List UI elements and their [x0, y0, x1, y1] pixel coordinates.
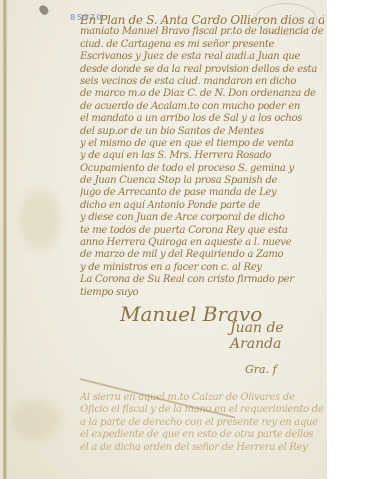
text-line: el mandato a un arribo los de Sal y a lo… [80, 113, 324, 125]
manuscript-page: 85370 En Plan de S. Anta Cardo Ollieron … [0, 0, 327, 479]
paper-stain [20, 190, 60, 250]
text-line: y diese con Juan de Arce corporal de dic… [80, 212, 324, 224]
secondary-text-block: Al sierra en aquel m.to Calzar de Olivar… [80, 392, 324, 454]
text-line: jugo de Arrecanto de pase manda de Ley [80, 187, 324, 199]
binding-shadow [3, 0, 7, 479]
ink-blot [38, 4, 50, 17]
text-line: Ocupamiento de todo el proceso S. gemina… [80, 163, 324, 175]
text-line: anno Herrera Quiroga en aqueste a l. nue… [80, 237, 324, 249]
text-line: La Corona de Su Real con cristo firmado … [80, 274, 324, 286]
text-line: tiempo suyo [80, 287, 324, 299]
text-line: te me todos de puerta Corona Rey que est… [80, 225, 324, 237]
text-line: seis vecinos de esta ciud. mandaron en d… [80, 76, 324, 88]
main-text-block: En Plan de S. Anta Cardo Ollieron dios a… [80, 14, 324, 299]
text-line: Escrivanos y Juez de esta real audi.a Ju… [80, 51, 324, 63]
text-line: maniato Manuel Bravo fiscal pr.to de lau… [80, 26, 324, 38]
text-line: de acuerdo de Acalam.to con mucho poder … [80, 101, 324, 113]
text-line: Oficio el fiscal y de la mano en el requ… [80, 404, 324, 416]
text-line: desde donde se da la real provision dell… [80, 64, 324, 76]
text-line: dicho en aquí Antonio Ponde parte de [80, 200, 324, 212]
text-line: Al sierra en aquel m.to Calzar de Olivar… [80, 392, 324, 404]
text-line: de marco m.o de Diaz C. de N. Don ordena… [80, 88, 324, 100]
folio-mark: Gra. f [245, 363, 277, 376]
text-line: y de aquí en las S. Mrs. Herrera Rosado [80, 150, 324, 162]
text-line: el expediente de que en esto de otra par… [80, 429, 324, 441]
text-line: En Plan de S. Anta Cardo Ollieron dios a… [80, 14, 324, 26]
text-line: ciud. de Cartagena es mi señor presente [80, 39, 324, 51]
text-line: y de ministros en a facer con c. al Rey [80, 262, 324, 274]
text-line: de Juan Cuenca Stop la prosa Spanish de [80, 175, 324, 187]
text-line: del sup.or de un bio Santos de Mentes [80, 126, 324, 138]
paper-stain [10, 400, 60, 440]
signatures-area: Manuel Bravo Juan de Aranda [120, 300, 320, 370]
text-line: el a de dicha orden del señor de Herrera… [80, 442, 324, 454]
text-line: de marzo de mil y del Requiriendo a Zamo [80, 249, 324, 261]
text-line: a la parte de derecho con el presente re… [80, 417, 324, 429]
signature: Juan de Aranda [230, 320, 320, 352]
text-line: y el mismo de que en que el tiempo de ve… [80, 138, 324, 150]
